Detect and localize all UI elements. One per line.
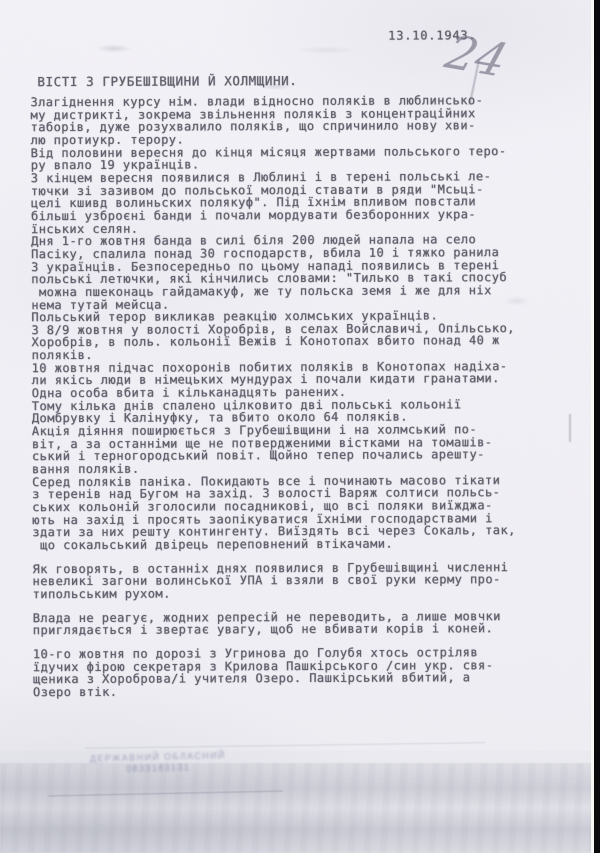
paragraph: З 8/9 жовтня у волості Хоробрів, в селах… (31, 322, 583, 362)
paragraph: З кінцем вересня появилися в Люблині і в… (31, 170, 583, 236)
paragraph: Тому кілька днів спалено цілковито дві п… (32, 398, 584, 426)
paragraph: Влада не реагує, жодних репресій не пере… (33, 609, 585, 637)
scan-shadow-band (0, 763, 600, 853)
text-line: Озеро втік. (33, 684, 585, 699)
document-title: ВІСТІ З ГРУБЕШІВЩИНИ Й ХОЛМЩИНИ. (37, 73, 297, 89)
text-line: що сокальський двірець переповнений втік… (32, 537, 584, 552)
paragraph: Серед поляків паніка. Покидають все і по… (32, 473, 584, 551)
document-body: Злагіднення курсу нім. влади відносно по… (30, 94, 585, 699)
text-line: приглядається і звертає увагу, щоб не вб… (33, 622, 585, 637)
paragraph: Злагіднення курсу нім. влади відносно по… (30, 94, 582, 147)
paragraph: Дня 1-го жовтня банда в силі біля 200 лю… (31, 233, 583, 311)
paragraph: Від половини вересня до кінця місяця жер… (31, 144, 583, 172)
scan-edge-black (594, 0, 600, 853)
faint-line (85, 742, 485, 749)
paragraph: Як говорять, в останніх днях появилися в… (32, 560, 584, 600)
scan-smudge (96, 44, 132, 53)
document-content: 13.10.1943. 24 ВІСТІ З ГРУБЕШІВЩИНИ Й ХО… (0, 0, 600, 1)
text-line: типольським рухом. (33, 586, 585, 601)
scanned-document-page: 13.10.1943. 24 ВІСТІ З ГРУБЕШІВЩИНИ Й ХО… (0, 0, 600, 853)
paragraph: 10 жовтня підчас похоронів побитих поляк… (32, 360, 584, 400)
paragraph: Акція діяння поширюється з Грубешівщини … (32, 423, 584, 476)
scan-smudge (296, 46, 356, 54)
paragraph: 10-го жовтня по дорозі з Угринова до Гол… (33, 646, 585, 699)
